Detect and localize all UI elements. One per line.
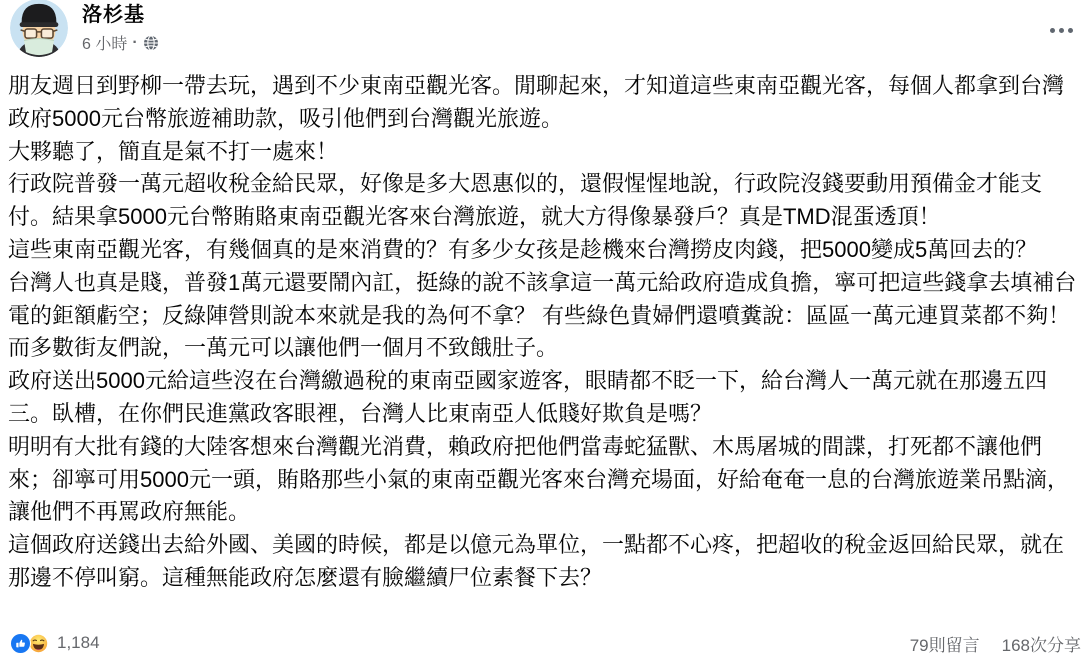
timestamp[interactable]: 6 小時 <box>82 31 127 54</box>
haha-reaction-icon[interactable] <box>28 633 49 654</box>
like-reaction-icon[interactable] <box>10 633 31 654</box>
post-paragraph: 政府送出5000元給這些沒在台灣繳過稅的東南亞國家遊客，眼睛都不眨一下，給台灣人… <box>8 365 1083 431</box>
post-paragraph: 行政院普發一萬元超收稅金給民眾，好像是多大恩惠似的，還假惺惺地說，行政院沒錢要動… <box>8 168 1083 234</box>
meta-separator: · <box>132 34 137 52</box>
ellipsis-icon <box>1050 28 1073 33</box>
post-paragraph: 這些東南亞觀光客，有幾個真的是來消費的？有多少女孩是趁機來台灣撈皮肉錢，把500… <box>8 234 1083 267</box>
post-paragraph: 台灣人也真是賤，普發1萬元還要鬧內訌，挺綠的說不該拿這一萬元給政府造成負擔，寧可… <box>8 267 1083 365</box>
reaction-count[interactable]: 1,184 <box>57 633 100 653</box>
more-options-button[interactable] <box>1043 18 1079 42</box>
post-paragraph: 明明有大批有錢的大陸客想來台灣觀光消費，賴政府把他們當毒蛇猛獸、木馬屠城的間諜，… <box>8 431 1083 529</box>
author-name[interactable]: 洛杉基 <box>82 3 159 27</box>
comment-count[interactable]: 79則留言 <box>910 631 980 656</box>
post-header: 洛杉基 6 小時 · <box>0 0 1091 64</box>
post-meta: 6 小時 · <box>82 31 159 54</box>
share-count[interactable]: 168次分享 <box>1002 631 1081 656</box>
counts-right: 79則留言 168次分享 <box>910 631 1081 656</box>
post-paragraph: 大夥聽了，簡直是氣不打一處來！ <box>8 136 1083 169</box>
avatar-image <box>10 0 68 57</box>
post-paragraph: 朋友週日到野柳一帶去玩，遇到不少東南亞觀光客。閒聊起來，才知道這些東南亞觀光客，… <box>8 70 1083 136</box>
globe-icon <box>143 34 159 51</box>
post-content: 朋友週日到野柳一帶去玩，遇到不少東南亞觀光客。閒聊起來，才知道這些東南亞觀光客，… <box>0 64 1091 627</box>
reactions-summary[interactable]: 1,184 <box>10 633 100 654</box>
avatar[interactable] <box>10 0 68 57</box>
post-paragraph: 這個政府送錢出去給外國、美國的時候，都是以億元為單位，一點都不心疼，把超收的稅金… <box>8 529 1083 595</box>
engagement-bar: 1,184 79則留言 168次分享 <box>0 627 1091 665</box>
